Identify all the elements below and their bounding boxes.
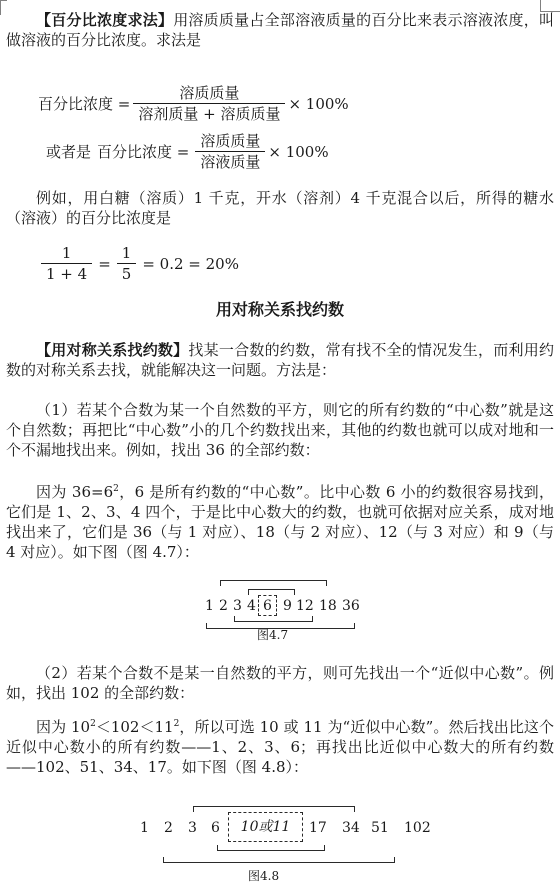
term-percent-concentration: 【百分比浓度求法】 — [36, 11, 173, 29]
fig47-number: 9 — [283, 598, 292, 614]
because36-part1: 因为 36=6 — [36, 483, 113, 501]
term-symmetry-divisors: 【用对称关系找约数】 — [36, 341, 188, 359]
document-page: 【百分比浓度求法】用溶质质量占全部溶液质量的百分比来表示溶液浓度，叫做溶液的百分… — [0, 0, 560, 890]
formula-percent-concentration-1: 百分比浓度 = 溶质质量 溶剂质量 + 溶质质量 × 100% — [38, 83, 554, 124]
fig47-number: 36 — [342, 598, 360, 614]
example-fraction-2: 1 5 — [117, 243, 137, 284]
fig48-number: 3 — [188, 820, 197, 836]
formula1-numerator: 溶质质量 — [174, 83, 244, 103]
example-result: = 0.2 = 20% — [142, 254, 239, 274]
formula2-prefix: 或者是 — [46, 142, 91, 162]
fig48-number: 1 — [140, 820, 149, 836]
formula1-lhs: 百分比浓度 = — [38, 94, 130, 114]
paragraph-because-102: 因为 102＜102＜112，所以可选 10 或 11 为“近似中心数”。然后找… — [6, 717, 554, 777]
formula1-fraction: 溶质质量 溶剂质量 + 溶质质量 — [133, 83, 285, 124]
paragraph-symmetry-intro: 【用对称关系找约数】找某一合数的约数，常有找不全的情况发生，而利用约数的对称关系… — [6, 340, 554, 380]
formula2-lhs: 百分比浓度 = — [97, 142, 189, 162]
formula-percent-concentration-2: 或者是 百分比浓度 = 溶质质量 溶液质量 × 100% — [43, 131, 554, 172]
formula1-denominator: 溶剂质量 + 溶质质量 — [133, 103, 285, 124]
fig47-bottom-bracket-inner-pair-3-12 — [234, 616, 313, 622]
because102-part2: ＜102＜11 — [96, 718, 174, 736]
fig48-number: 51 — [371, 820, 389, 836]
because102-part1: 因为 10 — [36, 718, 90, 736]
formula1-suffix: × 100% — [288, 94, 348, 114]
example-fraction1-denominator: 1 + 4 — [41, 263, 92, 284]
fig48-number: 102 — [404, 820, 431, 836]
page-border-mark-top-left — [0, 0, 7, 15]
formula-example-calculation: 1 1 + 4 = 1 5 = 0.2 = 20% — [38, 243, 554, 284]
section-title-symmetry-divisors: 用对称关系找约数 — [6, 300, 554, 320]
paragraph-sugar-example: 例如，用白糖（溶质）1 千克，开水（溶剂）4 千克混合以后，所得的糖水（溶液）的… — [6, 188, 554, 228]
fig47-number: 18 — [319, 598, 337, 614]
example-fraction2-denominator: 5 — [117, 263, 137, 284]
fig48-number: 6 — [211, 820, 220, 836]
paragraph-because-36: 因为 36=62，6 是所有约数的“中心数”。比中心数 6 小的约数很容易找到，… — [6, 482, 554, 562]
fig47-number: 12 — [296, 598, 314, 614]
fig47-number: 4 — [247, 598, 256, 614]
fig47-number: 3 — [233, 598, 242, 614]
paragraph-method-1: （1）若某个合数为某一个自然数的平方，则它的所有约数的“中心数”就是这个自然数；… — [6, 400, 554, 460]
fig47-center-number-box: 6 — [258, 595, 277, 616]
fig48-bottom-bracket-outer-pair-2-51 — [163, 857, 395, 863]
fig47-caption: 图4.7 — [257, 628, 288, 642]
example-fraction-1: 1 1 + 4 — [41, 243, 92, 284]
paragraph-method-2: （2）若某个合数不是某一自然数的平方，则可先找出一个“近似中心数”。例如，找出 … — [6, 663, 554, 703]
fig48-caption: 图4.8 — [248, 869, 279, 883]
fig47-number: 2 — [219, 598, 228, 614]
example-fraction2-numerator: 1 — [117, 243, 137, 263]
fig47-top-bracket-outer-pair-2-18 — [220, 580, 327, 586]
fig48-number: 34 — [342, 820, 360, 836]
formula2-fraction: 溶质质量 溶液质量 — [195, 131, 265, 172]
fig48-bottom-bracket-inner-pair-6-17 — [217, 845, 325, 851]
paragraph-percent-concentration: 【百分比浓度求法】用溶质质量占全部溶液质量的百分比来表示溶液浓度，叫做溶液的百分… — [6, 10, 554, 50]
fig48-number: 2 — [164, 820, 173, 836]
figure-4-8: 1 2 3 6 10或11 17 34 51 102 图4.8 — [6, 805, 554, 890]
formula2-suffix: × 100% — [268, 142, 328, 162]
fig47-number: 1 — [205, 598, 214, 614]
fig48-number: 17 — [309, 820, 327, 836]
formula2-numerator: 溶质质量 — [195, 131, 265, 151]
figure-4-7: 1 2 3 4 6 9 12 18 36 图4.7 — [6, 580, 554, 640]
example-fraction1-numerator: 1 — [57, 243, 77, 263]
page-border-mark-top-right — [540, 0, 560, 12]
example-equals: = — [98, 254, 111, 274]
formula2-denominator: 溶液质量 — [195, 151, 265, 172]
fig48-center-number-box: 10或11 — [228, 812, 303, 842]
